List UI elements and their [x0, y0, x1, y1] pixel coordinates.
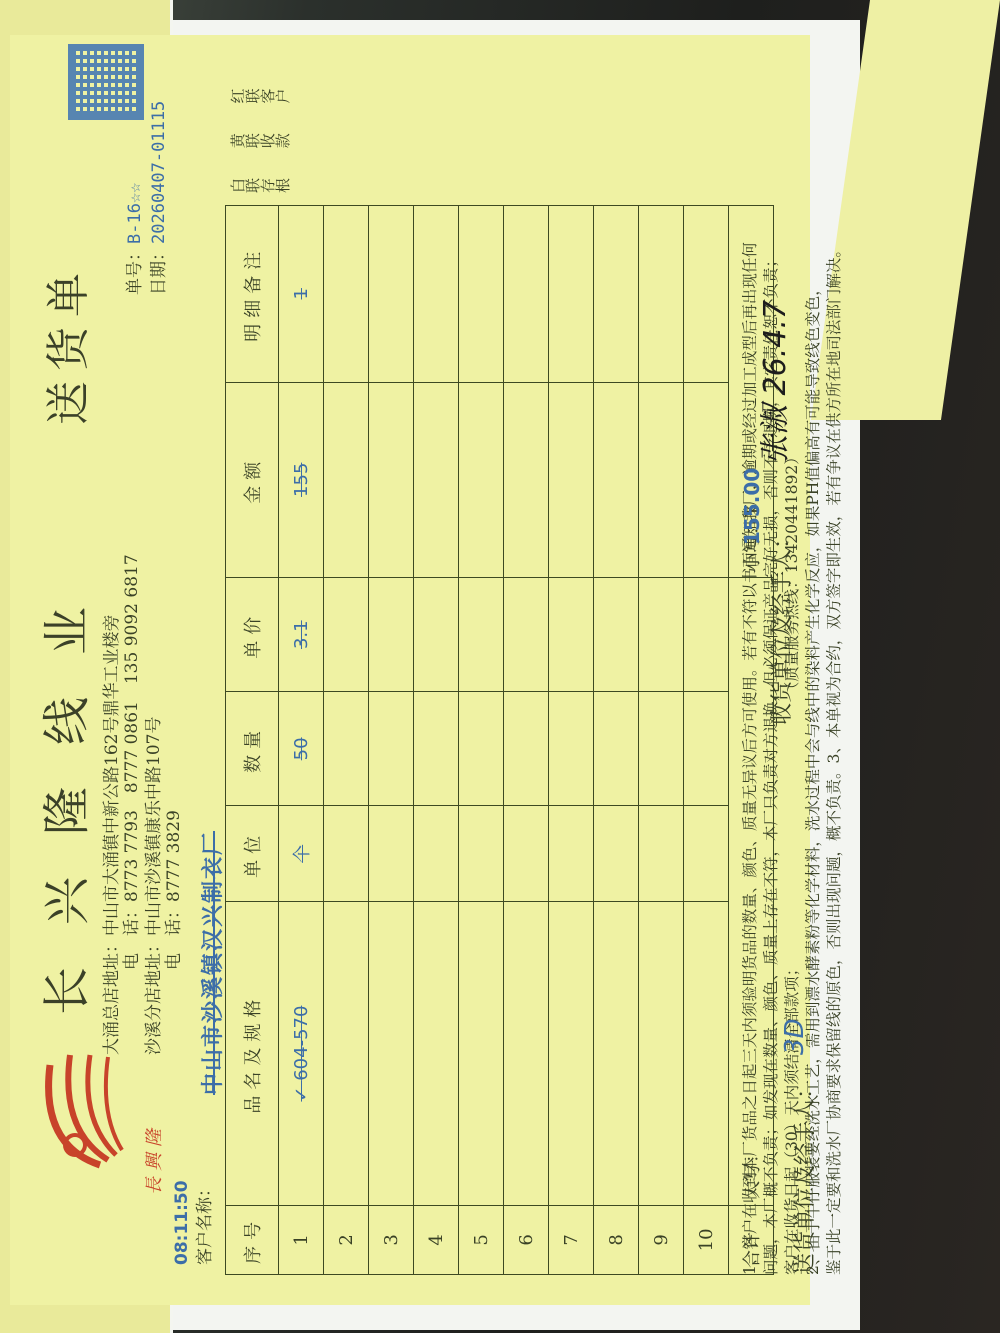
order-number-value: B-16☆☆ [125, 183, 145, 244]
print-time: 08:11:50 [172, 1180, 192, 1265]
row-no: 5 [459, 1205, 504, 1274]
terms-line: 鉴于此一定要和洗水厂协商要求保留线的原色，否则出现问题，概不负责。3、本单视为合… [824, 195, 845, 1275]
order-number: 单号：B-16☆☆ [120, 183, 145, 295]
row-unit [684, 806, 729, 902]
branch-address: 沙溪分店地址：中山市沙溪镇康乐中路107号 [144, 717, 164, 1055]
row-price [549, 578, 594, 692]
company-name: 长兴隆线业 [28, 565, 97, 1015]
branch-address-value: 中山市沙溪镇康乐中路107号 [144, 717, 164, 936]
row-amount [594, 382, 639, 577]
table-row: 2 [324, 206, 369, 1275]
row-qty [504, 692, 549, 806]
row-price [684, 578, 729, 692]
hq-address-label: 大涌总店地址： [102, 936, 122, 1055]
row-price [504, 578, 549, 692]
row-unit [594, 806, 639, 902]
row-item [549, 902, 594, 1205]
row-item [594, 902, 639, 1205]
table-row: 5 [459, 206, 504, 1275]
row-note: 1 [279, 206, 324, 383]
row-item [684, 902, 729, 1205]
row-qty: 50 [279, 692, 324, 806]
customer-field: 08:11:50 客户名称： [190, 1180, 215, 1265]
row-qty [414, 692, 459, 806]
row-item [414, 902, 459, 1205]
row-no: 8 [594, 1205, 639, 1274]
row-amount [504, 382, 549, 577]
row-note [504, 206, 549, 383]
table-row: 4 [414, 206, 459, 1275]
row-qty [639, 692, 684, 806]
row-amount [459, 382, 504, 577]
logo-text: 長興隆 [140, 1123, 166, 1195]
copy-label-white: 白联存根 [230, 177, 340, 195]
order-date-label: 日期： [149, 244, 169, 295]
row-note [459, 206, 504, 383]
hq-address: 大涌总店地址：中山市大涌镇中新公路162号鼎华工业楼旁 [102, 615, 122, 1055]
row-note [369, 206, 414, 383]
row-item [639, 902, 684, 1205]
row-unit [414, 806, 459, 902]
col-qty: 数量 [226, 692, 279, 806]
receiver-signature-label: 收货单位及经手人： [765, 527, 796, 725]
row-note [324, 206, 369, 383]
table-row: 3 [369, 206, 414, 1275]
row-price [324, 578, 369, 692]
order-date: 日期：20260407-01115 [144, 101, 169, 295]
row-no: 2 [324, 1205, 369, 1274]
row-price [594, 578, 639, 692]
row-price [639, 578, 684, 692]
hq-address-value: 中山市大涌镇中新公路162号鼎华工业楼旁 [102, 615, 122, 936]
row-note [594, 206, 639, 383]
items-table: 序号 品名及规格 单位 数量 单价 金额 明细备注 1 ✓ 604-570 个 … [225, 205, 774, 1275]
col-unit: 单位 [226, 806, 279, 902]
row-item [459, 902, 504, 1205]
hq-phone-label: 电 话： [122, 902, 142, 970]
check-mark-icon: ✓ [291, 1081, 312, 1102]
row-qty [369, 692, 414, 806]
row-item [324, 902, 369, 1205]
row-no: 4 [414, 1205, 459, 1274]
row-amount [324, 382, 369, 577]
row-qty [459, 692, 504, 806]
row-amount [414, 382, 459, 577]
order-number-label: 单号： [125, 244, 145, 295]
order-date-value: 20260407-01115 [149, 101, 169, 244]
row-qty [324, 692, 369, 806]
col-price: 单价 [226, 578, 279, 692]
row-amount [369, 382, 414, 577]
branch-phone-label: 电 话： [164, 902, 184, 970]
row-unit: 个 [279, 806, 324, 902]
branch-phone: 电 话：8777 3829 [164, 810, 184, 1055]
sender-signature-label: 送货单位及经手人： [788, 1077, 819, 1275]
table-row: 7 [549, 206, 594, 1275]
row-no: 1 [279, 1205, 324, 1274]
table-header-row: 序号 品名及规格 单位 数量 单价 金额 明细备注 [226, 206, 279, 1275]
branch-address-label: 沙溪分店地址： [144, 936, 164, 1055]
row-amount [684, 382, 729, 577]
row-amount [639, 382, 684, 577]
col-note: 明细备注 [226, 206, 279, 383]
hq-phone-value: 8773 7793 8777 0861 135 9092 6817 [122, 554, 142, 902]
table-row: 1 ✓ 604-570 个 50 3.1 155 1 [279, 206, 324, 1275]
row-no: 6 [504, 1205, 549, 1274]
copy-label-yellow: 黄联收款 [230, 132, 340, 150]
row-price: 3.1 [279, 578, 324, 692]
row-no: 3 [369, 1205, 414, 1274]
table-row: 6 [504, 206, 549, 1275]
row-no: 7 [549, 1205, 594, 1274]
table-row: 8 [594, 206, 639, 1275]
row-unit [504, 806, 549, 902]
table-row: 10 [684, 206, 729, 1275]
row-no: 9 [639, 1205, 684, 1274]
receiver-signature: 张淑 26.4.7 [750, 300, 794, 465]
row-item-value: 604-570 [291, 1006, 312, 1081]
hq-phone: 电 话：8773 7793 8777 0861 135 9092 6817 [122, 554, 142, 1055]
row-amount [549, 382, 594, 577]
row-qty [549, 692, 594, 806]
table-row: 9 [639, 206, 684, 1275]
row-unit [369, 806, 414, 902]
row-item [504, 902, 549, 1205]
col-item: 品名及规格 [226, 902, 279, 1205]
col-no: 序号 [226, 1205, 279, 1274]
sender-signature: 3D [780, 1018, 810, 1055]
doc-header: 長興隆 长兴隆线业 送货单 大涌总店地址：中山市大涌镇中新公路162号鼎华工业楼… [10, 35, 170, 1305]
row-qty [594, 692, 639, 806]
row-item: ✓ 604-570 [279, 902, 324, 1205]
copy-labels: 白联存根 黄联收款 红联客户 [230, 65, 344, 195]
branch-phone-value: 8777 3829 [164, 810, 184, 902]
total-amount-handwritten: 155.00 [740, 468, 764, 545]
row-item [369, 902, 414, 1205]
row-note [684, 206, 729, 383]
customer-label: 客户名称： [195, 1180, 215, 1265]
row-unit [459, 806, 504, 902]
row-note [414, 206, 459, 383]
row-amount: 155 [279, 382, 324, 577]
row-price [459, 578, 504, 692]
row-price [414, 578, 459, 692]
qr-code-icon [68, 44, 144, 120]
doc-title: 送货单 [32, 263, 96, 425]
row-unit [324, 806, 369, 902]
delivery-note: 長興隆 长兴隆线业 送货单 大涌总店地址：中山市大涌镇中新公路162号鼎华工业楼… [10, 35, 810, 1305]
row-note [549, 206, 594, 383]
row-unit [639, 806, 684, 902]
copy-label-red: 红联客户 [230, 87, 340, 105]
row-qty [684, 692, 729, 806]
row-note [639, 206, 684, 383]
customer-name: 中山市沙溪镇汉兴制衣厂 [196, 831, 227, 1095]
company-logo-icon [30, 1045, 140, 1185]
row-price [369, 578, 414, 692]
row-no: 10 [684, 1205, 729, 1274]
col-amount: 金额 [226, 382, 279, 577]
row-unit [549, 806, 594, 902]
